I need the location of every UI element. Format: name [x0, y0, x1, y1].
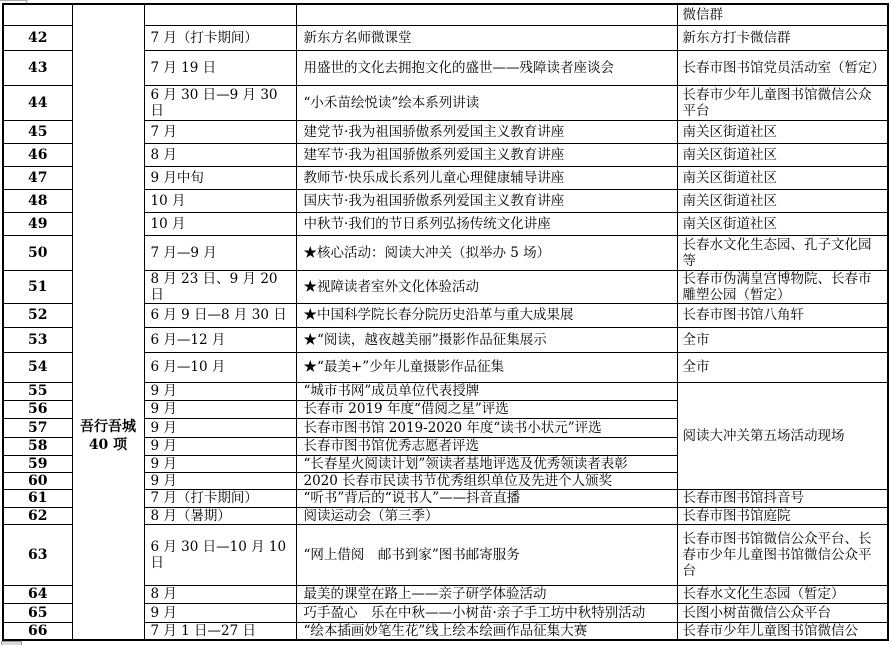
row-number-cell: 50 [3, 235, 72, 270]
activity-cell: 教师节·快乐成长系列儿童心理健康辅导讲座 [296, 166, 677, 189]
date-cell: 10 月 [144, 189, 296, 212]
date-cell: 7 月（打卡期间） [144, 25, 296, 50]
location-cell: 南关区街道社区 [677, 189, 888, 212]
activity-cell [296, 4, 677, 25]
activity-cell: “绘本插画妙笔生花”线上绘本绘画作品征集大赛 [296, 622, 677, 640]
activity-cell: 用盛世的文化去拥抱文化的盛世——残障读者座谈会 [296, 50, 677, 85]
row-number-cell: 55 [3, 382, 72, 400]
date-cell: 6 月 9 日—8 月 30 日 [144, 303, 296, 327]
screen-edge-artifact [1, 641, 22, 645]
activity-cell: 新东方名师微课堂 [296, 25, 677, 50]
activity-schedule-table: 吾行吾城 40 项 微信群 42 7 月（打卡期间） 新东方名师微课堂 新东方打… [2, 3, 889, 641]
merged-location-cell: 阅读大冲关第五场活动现场 [677, 382, 888, 489]
location-cell: 南关区街道社区 [677, 143, 888, 166]
location-cell: 南关区街道社区 [677, 120, 888, 143]
date-cell: 7 月（打卡期间） [144, 489, 296, 507]
location-cell: 长春市少年儿童图书馆微信公 [677, 622, 888, 640]
location-cell: 全市 [677, 352, 888, 382]
date-cell: 8 月 23 日、9 月 20 日 [144, 270, 296, 303]
location-cell: 长春水文化生态园（暂定） [677, 585, 888, 603]
date-cell: 8 月 [144, 585, 296, 603]
location-cell: 全市 [677, 327, 888, 352]
date-cell: 9 月 [144, 400, 296, 418]
date-cell: 7 月 1 日—27 日 [144, 622, 296, 640]
activity-cell: “小禾苗绘悦读”绘本系列讲读 [296, 85, 677, 120]
activity-cell: ★“最美+”少年儿童摄影作品征集 [296, 352, 677, 382]
row-number-cell: 45 [3, 120, 72, 143]
row-number-cell: 52 [3, 303, 72, 327]
activity-cell: 建军节·我为祖国骄傲系列爱国主义教育讲座 [296, 143, 677, 166]
date-cell: 9 月 [144, 603, 296, 622]
activity-cell: 2020 长春市民读书节优秀组织单位及先进个人颁奖 [296, 472, 677, 489]
location-cell: 长春市图书馆微信公众平台、长春市少年儿童图书馆微信公众平台 [677, 524, 888, 585]
date-cell: 9 月中旬 [144, 166, 296, 189]
row-number-cell: 46 [3, 143, 72, 166]
date-cell: 8 月 [144, 143, 296, 166]
row-number-cell: 51 [3, 270, 72, 303]
location-cell: 南关区街道社区 [677, 212, 888, 235]
location-cell: 长春市少年儿童图书馆微信公众平台 [677, 85, 888, 120]
activity-cell: ★“阅读，越夜越美丽”摄影作品征集展示 [296, 327, 677, 352]
row-number-cell: 54 [3, 352, 72, 382]
category-label: 吾行吾城 40 项 [73, 418, 144, 454]
activity-cell: “网上借阅 邮书到家”图书邮寄服务 [296, 524, 677, 585]
row-number-cell: 47 [3, 166, 72, 189]
activity-cell: 长春市图书馆优秀志愿者评选 [296, 437, 677, 455]
date-cell: 9 月 [144, 437, 296, 455]
activity-cell: “长春星火阅读计划”领读者基地评选及优秀领读者表彰 [296, 455, 677, 472]
row-number-cell: 64 [3, 585, 72, 603]
row-number-cell: 44 [3, 85, 72, 120]
screen-edge-artifact [0, 0, 28, 1]
row-number-cell: 63 [3, 524, 72, 585]
date-cell: 8 月（暑期） [144, 507, 296, 524]
activity-cell: 建党节·我为祖国骄傲系列爱国主义教育讲座 [296, 120, 677, 143]
category-cell: 吾行吾城 40 项 [72, 4, 144, 640]
date-cell: 6 月 30 日—10 月 10 日 [144, 524, 296, 585]
activity-cell: 长春市图书馆 2019-2020 年度“读书小状元”评选 [296, 418, 677, 437]
date-cell: 6 月—10 月 [144, 352, 296, 382]
location-cell: 长春市图书馆八角轩 [677, 303, 888, 327]
date-cell: 6 月 30 日—9 月 30 日 [144, 85, 296, 120]
location-cell: 长春市图书馆庭院 [677, 507, 888, 524]
activity-cell: 阅读运动会（第三季） [296, 507, 677, 524]
row-number-cell: 58 [3, 437, 72, 455]
location-cell: 长春市伪满皇宫博物院、长春市雕塑公园（暂定） [677, 270, 888, 303]
activity-cell: “城市书网”成员单位代表授牌 [296, 382, 677, 400]
location-cell: 长春市图书馆党员活动室（暂定） [677, 50, 888, 85]
row-number-cell: 66 [3, 622, 72, 640]
category-line1: 吾行吾城 [73, 418, 144, 436]
date-cell: 6 月—12 月 [144, 327, 296, 352]
location-cell: 长春市图书馆抖音号 [677, 489, 888, 507]
date-cell [144, 4, 296, 25]
row-number-cell: 65 [3, 603, 72, 622]
row-number-cell: 49 [3, 212, 72, 235]
row-number-cell: 56 [3, 400, 72, 418]
row-number-cell [3, 4, 72, 25]
row-number-cell: 53 [3, 327, 72, 352]
row-number-cell: 43 [3, 50, 72, 85]
date-cell: 7 月—9 月 [144, 235, 296, 270]
row-number-cell: 42 [3, 25, 72, 50]
date-cell: 9 月 [144, 455, 296, 472]
activity-cell: ★中国科学院长春分院历史沿革与重大成果展 [296, 303, 677, 327]
activity-cell: 中秋节·我们的节日系列弘扬传统文化讲座 [296, 212, 677, 235]
table-row-partial: 吾行吾城 40 项 微信群 [3, 4, 888, 25]
category-line2: 40 项 [73, 436, 144, 454]
location-cell: 长春水文化生态园、孔子文化园等 [677, 235, 888, 270]
date-cell: 7 月 [144, 120, 296, 143]
row-number-cell: 62 [3, 507, 72, 524]
date-cell: 9 月 [144, 382, 296, 400]
date-cell: 9 月 [144, 472, 296, 489]
date-cell: 10 月 [144, 212, 296, 235]
location-cell: 南关区街道社区 [677, 166, 888, 189]
activity-cell: ★视障读者室外文化体验活动 [296, 270, 677, 303]
activity-cell: “听书”背后的“说书人”——抖音直播 [296, 489, 677, 507]
activity-cell: 长春市 2019 年度“借阅之星”评选 [296, 400, 677, 418]
row-number-cell: 59 [3, 455, 72, 472]
activity-cell: 巧手盈心 乐在中秋——小树苗·亲子手工坊中秋特别活动 [296, 603, 677, 622]
location-cell: 长图小树苗微信公众平台 [677, 603, 888, 622]
activity-cell: ★核心活动：阅读大冲关（拟举办 5 场） [296, 235, 677, 270]
activity-cell: 最美的课堂在路上——亲子研学体验活动 [296, 585, 677, 603]
location-cell: 新东方打卡微信群 [677, 25, 888, 50]
row-number-cell: 57 [3, 418, 72, 437]
row-number-cell: 48 [3, 189, 72, 212]
activity-cell: 国庆节·我为祖国骄傲系列爱国主义教育讲座 [296, 189, 677, 212]
date-cell: 7 月 19 日 [144, 50, 296, 85]
date-cell: 9 月 [144, 418, 296, 437]
row-number-cell: 61 [3, 489, 72, 507]
location-cell: 微信群 [677, 4, 888, 25]
row-number-cell: 60 [3, 472, 72, 489]
